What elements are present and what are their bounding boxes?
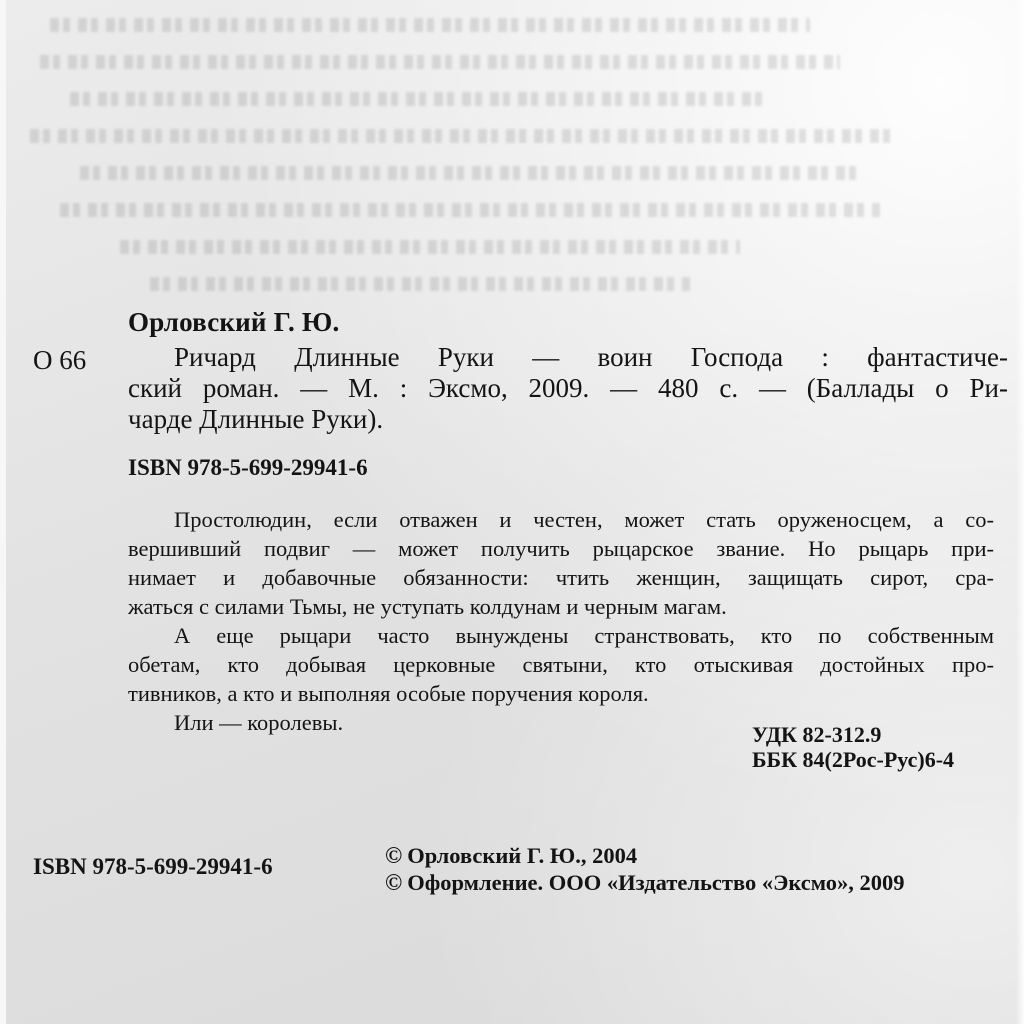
annotation: Простолюдин, если отважен и честен, може…	[128, 505, 994, 737]
classification-codes: УДК 82-312.9 ББК 84(2Рос-Рус)6-4	[752, 722, 954, 772]
annotation-line: тивников, а кто и выполняя особые поруче…	[128, 679, 994, 708]
isbn-bottom: ISBN 978-5-699-29941-6	[33, 855, 273, 878]
annotation-line: жаться с силами Тьмы, не уступать колдун…	[128, 592, 994, 621]
bibliographic-description: Ричард Длинные Руки — воин Господа : фан…	[128, 342, 1008, 435]
annotation-line: вершивший подвиг — может получить рыцарс…	[128, 534, 994, 563]
annotation-line: Простолюдин, если отважен и честен, може…	[128, 505, 994, 534]
description-line: Ричард Длинные Руки — воин Господа : фан…	[128, 342, 1008, 373]
author-code: О 66	[33, 347, 86, 374]
annotation-line: обетам, кто добывая церковные святыни, к…	[128, 650, 994, 679]
show-through-texture	[30, 18, 910, 308]
copyright-line: ©Оформление. ООО «Издательство «Эксмо», …	[385, 869, 905, 896]
copyright-icon: ©	[385, 843, 402, 868]
copyright-line: ©Орловский Г. Ю., 2004	[385, 842, 905, 869]
bbk-code: ББК 84(2Рос-Рус)6-4	[752, 747, 954, 772]
page-left-edge	[0, 0, 6, 1024]
description-line: ский роман. — М. : Эксмо, 2009. — 480 с.…	[128, 373, 1008, 404]
copyright-text: Оформление. ООО «Издательство «Эксмо», 2…	[407, 870, 904, 895]
copyright-block: ©Орловский Г. Ю., 2004 ©Оформление. ООО …	[385, 842, 905, 896]
annotation-line: А еще рыцари часто вынуждены странствова…	[128, 621, 994, 650]
udk-code: УДК 82-312.9	[752, 722, 954, 747]
annotation-line: нимает и добавочные обязанности: чтить ж…	[128, 563, 994, 592]
description-line: чарде Длинные Руки).	[128, 404, 1008, 435]
copyright-icon: ©	[385, 870, 402, 895]
isbn-top: ISBN 978-5-699-29941-6	[128, 456, 368, 479]
author-heading: Орловский Г. Ю.	[128, 309, 339, 336]
page-right-edge	[1016, 0, 1024, 1024]
copyright-text: Орловский Г. Ю., 2004	[407, 843, 637, 868]
